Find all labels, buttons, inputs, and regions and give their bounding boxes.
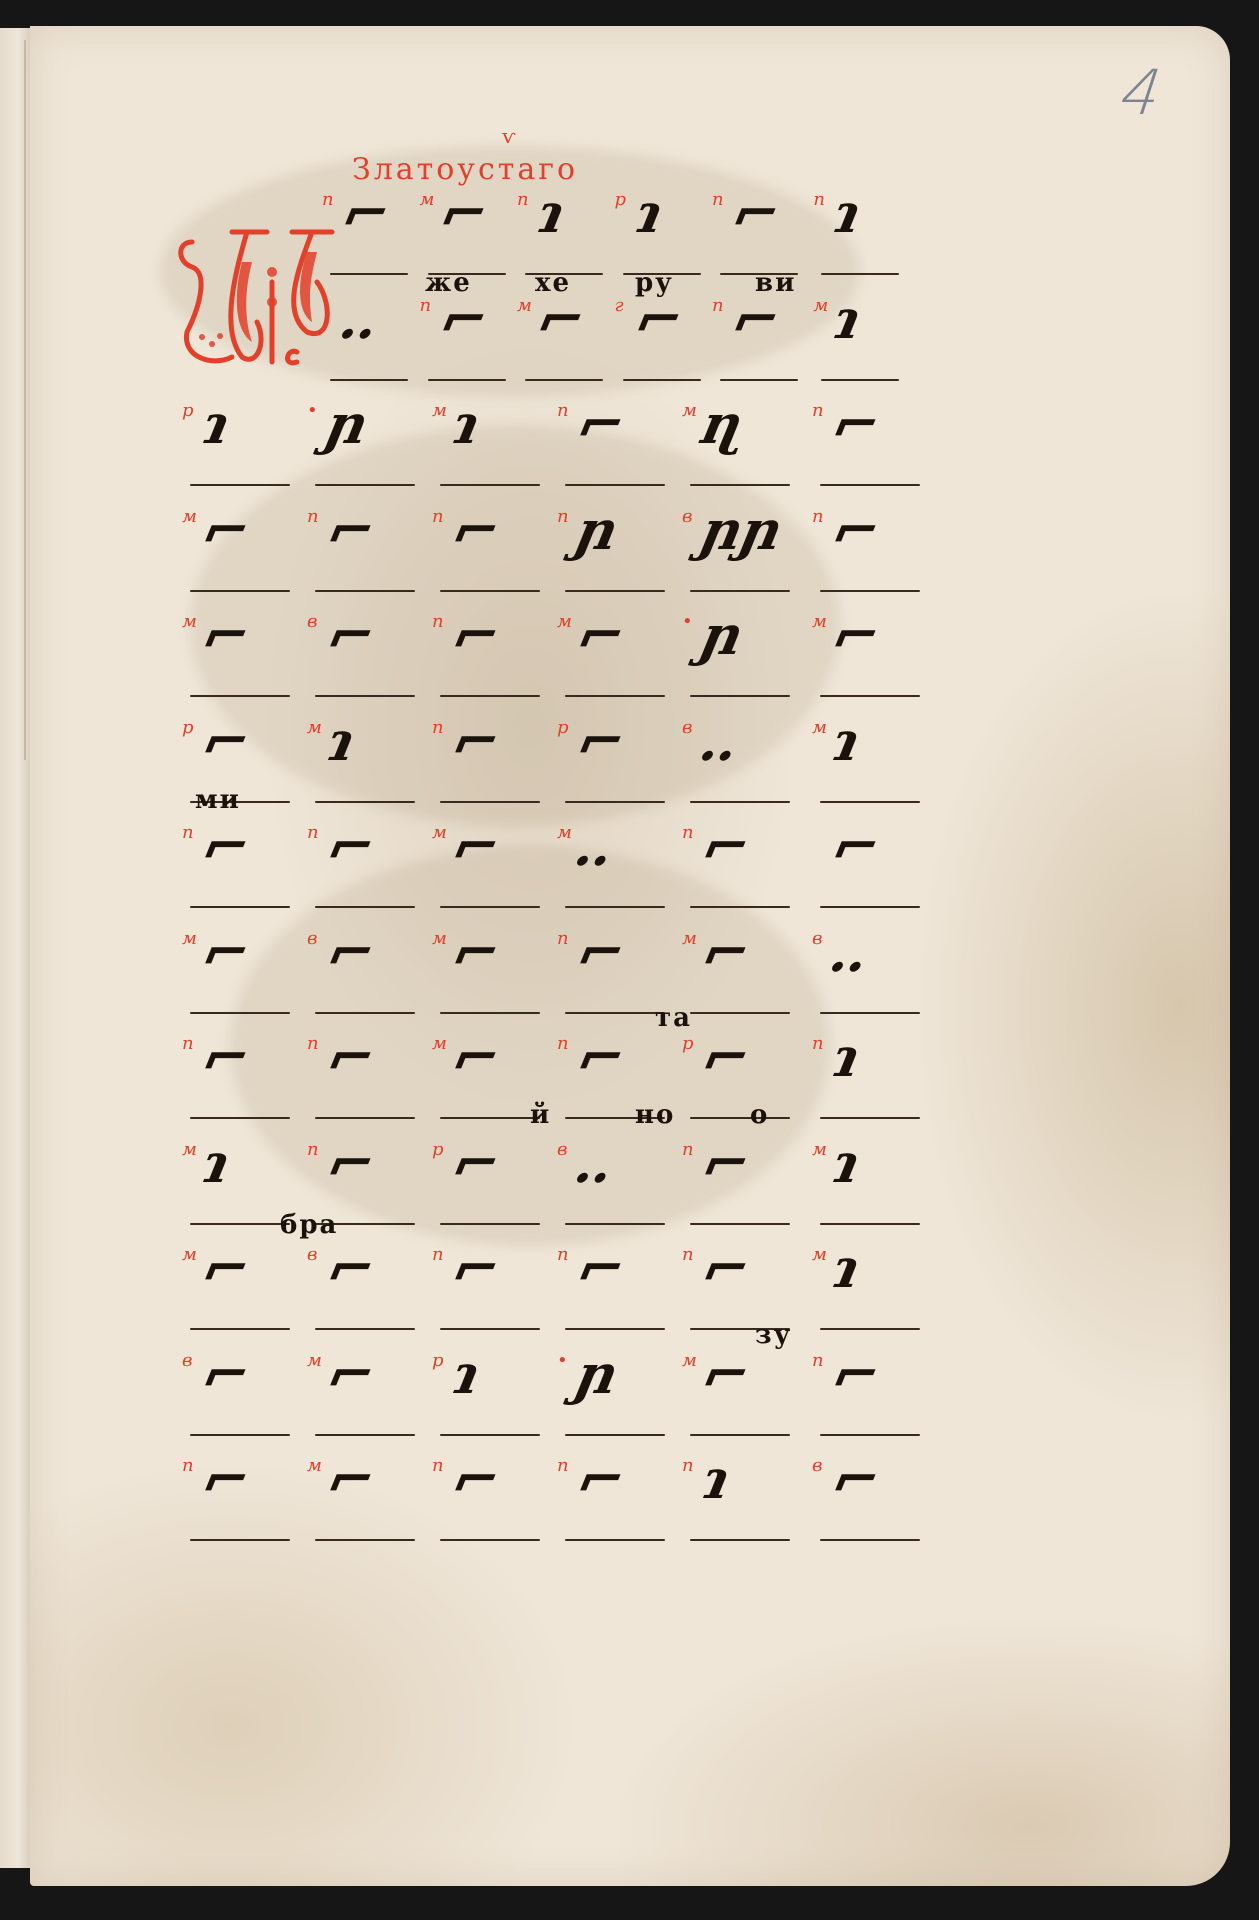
cinnabar-mark: в — [307, 1244, 317, 1265]
lyric-syllable: хе — [535, 268, 571, 298]
lyric-syllable: ми — [195, 785, 241, 815]
staff-underline — [440, 1539, 540, 1541]
cinnabar-mark: в — [682, 717, 692, 738]
kryuk-neume-icon: ⌐ — [566, 1025, 637, 1089]
cinnabar-mark: м — [182, 1139, 197, 1160]
staff-underline — [330, 379, 408, 381]
staff-underline — [820, 1434, 920, 1436]
neume-row: п⌐п⌐м⌐п⌐р⌐пɿ — [190, 1019, 990, 1124]
staff-underline — [315, 1434, 415, 1436]
cinnabar-mark: м — [182, 1244, 197, 1265]
cinnabar-mark: п — [517, 189, 529, 210]
staff-underline — [820, 1117, 920, 1119]
staff-underline — [525, 379, 603, 381]
kryuk-neume-icon: ‥ — [691, 709, 753, 773]
kryuk-neume-icon: ‥ — [331, 287, 393, 351]
staff-underline — [428, 379, 506, 381]
kryuk-neume-icon: ⌐ — [191, 1236, 262, 1300]
staff-underline — [315, 1539, 415, 1541]
kryuk-neume-icon: ⌐ — [441, 709, 512, 773]
kryuk-neume-icon: ⌐ — [821, 392, 892, 456]
cinnabar-mark: в — [307, 611, 317, 632]
kryuk-neume-icon: ɿ — [441, 392, 493, 456]
staff-underline — [440, 1117, 540, 1119]
kryuk-neume-icon: ‥ — [566, 814, 628, 878]
staff-underline — [440, 695, 540, 697]
staff-underline — [440, 590, 540, 592]
cinnabar-mark: р — [432, 1350, 444, 1371]
lyric-syllable: й — [530, 1100, 551, 1130]
cinnabar-mark: п — [307, 1033, 319, 1054]
kryuk-neume-icon: ɿ — [821, 709, 873, 773]
kryuk-neume-icon: ⌐ — [191, 1447, 262, 1511]
cinnabar-mark: п — [307, 1139, 319, 1160]
staff-underline — [440, 801, 540, 803]
kryuk-neume-icon: ⌐ — [441, 1025, 512, 1089]
cinnabar-mark: р — [682, 1033, 694, 1054]
kryuk-neume-icon: ɿ — [822, 181, 874, 245]
kryuk-neume-icon: ɿ — [191, 392, 243, 456]
cinnabar-mark: п — [432, 717, 444, 738]
staff-underline — [565, 1328, 665, 1330]
staff-underline — [690, 1434, 790, 1436]
cinnabar-mark: п — [182, 822, 194, 843]
kryuk-neume-icon: ⌐ — [566, 1447, 637, 1511]
kryuk-neume-icon: ⌐ — [821, 498, 892, 562]
staff-underline — [190, 695, 290, 697]
cinnabar-mark: п — [557, 506, 569, 527]
cinnabar-mark: р — [432, 1139, 444, 1160]
cinnabar-mark: м — [557, 611, 572, 632]
cinnabar-mark: р — [182, 717, 194, 738]
staff-underline — [440, 1328, 540, 1330]
lyric-syllable: ви — [755, 268, 796, 298]
cinnabar-mark: п — [432, 506, 444, 527]
cinnabar-mark: п — [557, 400, 569, 421]
staff-underline — [820, 1223, 920, 1225]
cinnabar-mark: в — [812, 1455, 822, 1476]
cinnabar-mark: м — [557, 822, 572, 843]
cinnabar-mark: п — [182, 1033, 194, 1054]
cinnabar-mark: р — [182, 400, 194, 421]
lyric-syllable: зу — [755, 1320, 792, 1350]
kryuk-neume-icon: ⌐ — [441, 1131, 512, 1195]
kryuk-neume-icon: ɿ — [441, 1342, 493, 1406]
staff-underline — [820, 906, 920, 908]
lyric-syllable: бра — [280, 1210, 338, 1240]
kryuk-neume-icon: ⌐ — [316, 920, 387, 984]
staff-underline — [820, 695, 920, 697]
staff-underline — [565, 906, 665, 908]
kryuk-neume-icon: ⌐ — [191, 498, 262, 562]
cinnabar-mark: п — [307, 822, 319, 843]
cinnabar-mark: м — [307, 1455, 322, 1476]
decorated-initial-icon — [172, 222, 340, 372]
cinnabar-mark: м — [182, 611, 197, 632]
kryuk-neume-icon: ⌐ — [691, 1342, 762, 1406]
lyric-syllable: о — [750, 1100, 769, 1130]
cinnabar-mark: п — [432, 1244, 444, 1265]
staff-underline — [440, 1434, 540, 1436]
kryuk-neume-icon: ⌐ — [691, 920, 762, 984]
neume-row: м⌐в⌐п⌐п⌐п⌐мɿ — [190, 1230, 990, 1335]
staff-underline — [565, 1539, 665, 1541]
staff-underline — [315, 590, 415, 592]
cinnabar-mark: • — [682, 611, 693, 632]
kryuk-neume-icon: ɿ — [191, 1131, 243, 1195]
kryuk-neume-icon: ⌐ — [316, 498, 387, 562]
kryuk-neume-icon: ɿ — [821, 1131, 873, 1195]
staff-underline — [820, 484, 920, 486]
staff-underline — [565, 1012, 665, 1014]
cinnabar-mark: м — [432, 400, 447, 421]
kryuk-neume-icon: ⌐ — [691, 1131, 762, 1195]
staff-underline — [690, 1012, 790, 1014]
cinnabar-mark: м — [432, 928, 447, 949]
staff-underline — [565, 1434, 665, 1436]
cinnabar-mark: м — [182, 928, 197, 949]
kryuk-neume-icon: ⌐ — [691, 1025, 762, 1089]
cinnabar-mark: п — [812, 506, 824, 527]
staff-underline — [690, 590, 790, 592]
staff-underline — [690, 695, 790, 697]
neume-row: рɿ•ɲмɿп⌐мɳп⌐ — [190, 386, 990, 491]
staff-underline — [315, 1012, 415, 1014]
kryuk-neume-icon: ⌐ — [316, 1447, 387, 1511]
staff-underline — [315, 906, 415, 908]
staff-underline — [315, 484, 415, 486]
lyric-syllable: та — [655, 1003, 692, 1033]
cinnabar-mark: п — [682, 1244, 694, 1265]
cinnabar-mark: п — [812, 1350, 824, 1371]
staff-underline — [440, 484, 540, 486]
neume-row: п⌐м⌐п⌐п⌐пɿв⌐ — [190, 1441, 990, 1546]
neume-row: м⌐в⌐п⌐м⌐•ɲм⌐ — [190, 597, 990, 702]
kryuk-neume-icon: ɿ — [316, 709, 368, 773]
staff-underline — [315, 1328, 415, 1330]
kryuk-neume-icon: ‥ — [821, 920, 883, 984]
staff-underline — [315, 1117, 415, 1119]
cinnabar-mark: м — [812, 611, 827, 632]
staff-underline — [190, 484, 290, 486]
cinnabar-mark: п — [557, 928, 569, 949]
kryuk-neume-icon: ɲ — [566, 498, 631, 562]
kryuk-neume-icon: ɿ — [822, 287, 874, 351]
staff-underline — [330, 273, 408, 275]
kryuk-neume-icon: ⌐ — [821, 1447, 892, 1511]
kryuk-neume-icon: ⌐ — [821, 1342, 892, 1406]
kryuk-neume-icon: ɿ — [821, 1025, 873, 1089]
kryuk-neume-icon: ⌐ — [316, 1342, 387, 1406]
kryuk-neume-icon: ⌐ — [316, 1131, 387, 1195]
cinnabar-mark: п — [813, 189, 825, 210]
staff-underline — [190, 1012, 290, 1014]
kryuk-neume-icon: ɲ — [566, 1342, 631, 1406]
cinnabar-mark: • — [557, 1350, 568, 1371]
kryuk-neume-icon: ⌐ — [566, 920, 637, 984]
kryuk-neume-icon: ⌐ — [821, 603, 892, 667]
kryuk-neume-icon: ⌐ — [191, 814, 262, 878]
cinnabar-mark: м — [307, 1350, 322, 1371]
kryuk-neume-icon: ⌐ — [441, 814, 512, 878]
kryuk-neume-icon: ⌐ — [566, 603, 637, 667]
kryuk-neume-icon: ɿ — [691, 1447, 743, 1511]
neume-row: р⌐мɿп⌐р⌐в‥мɿ — [190, 703, 990, 808]
kryuk-neume-icon: ⌐ — [721, 181, 792, 245]
heading-titlo: ѵ — [502, 124, 519, 148]
kryuk-neume-icon: ‥ — [566, 1131, 628, 1195]
staff-underline — [820, 1328, 920, 1330]
staff-underline — [315, 801, 415, 803]
staff-underline — [190, 1223, 290, 1225]
kryuk-neume-icon: ɲ — [316, 392, 381, 456]
cinnabar-mark: п — [812, 400, 824, 421]
kryuk-neume-icon: ɿ — [624, 181, 676, 245]
cinnabar-mark: м — [812, 1139, 827, 1160]
cinnabar-mark: в — [682, 506, 692, 527]
kryuk-neume-icon: ⌐ — [441, 1236, 512, 1300]
kryuk-neume-icon: ⌐ — [191, 603, 262, 667]
staff-underline — [623, 379, 701, 381]
cinnabar-mark: р — [557, 717, 569, 738]
staff-underline — [821, 273, 899, 275]
staff-underline — [440, 906, 540, 908]
kryuk-neume-icon: ⌐ — [441, 1447, 512, 1511]
staff-underline — [565, 590, 665, 592]
staff-underline — [690, 801, 790, 803]
cinnabar-mark: п — [322, 189, 334, 210]
staff-underline — [315, 695, 415, 697]
staff-underline — [190, 1328, 290, 1330]
kryuk-neume-icon: ɲɲ — [691, 498, 795, 562]
kryuk-neume-icon: ⌐ — [429, 181, 500, 245]
kryuk-neume-icon: ⌐ — [821, 814, 892, 878]
lyric-syllable: ру — [635, 268, 674, 298]
staff-underline — [440, 1012, 540, 1014]
kryuk-neume-icon: ⌐ — [566, 709, 637, 773]
staff-underline — [565, 1223, 665, 1225]
staff-underline — [820, 801, 920, 803]
kryuk-neume-icon: ɿ — [821, 1236, 873, 1300]
kryuk-neume-icon: ⌐ — [316, 814, 387, 878]
cinnabar-mark: в — [182, 1350, 192, 1371]
cinnabar-mark: п — [432, 611, 444, 632]
cinnabar-mark: п — [432, 1455, 444, 1476]
staff-underline — [690, 1117, 790, 1119]
cinnabar-mark: м — [182, 506, 197, 527]
kryuk-neume-icon: ⌐ — [566, 1236, 637, 1300]
lyric-syllable: же — [425, 268, 472, 298]
kryuk-neume-icon: ⌐ — [331, 181, 402, 245]
cinnabar-mark: в — [812, 928, 822, 949]
neume-row: п⌐м⌐пɿрɿп⌐пɿ — [330, 175, 1130, 280]
cinnabar-mark: п — [682, 1139, 694, 1160]
staff-underline — [720, 379, 798, 381]
cinnabar-mark: п — [307, 506, 319, 527]
cinnabar-mark: м — [432, 1033, 447, 1054]
cinnabar-mark: п — [682, 822, 694, 843]
cinnabar-mark: п — [557, 1033, 569, 1054]
cinnabar-mark: в — [557, 1139, 567, 1160]
neume-row: в⌐м⌐рɿ•ɲм⌐п⌐ — [190, 1336, 990, 1441]
cinnabar-mark: п — [812, 1033, 824, 1054]
staff-underline — [190, 1117, 290, 1119]
staff-underline — [440, 1223, 540, 1225]
cinnabar-mark: п — [182, 1455, 194, 1476]
kryuk-neume-icon: ɿ — [526, 181, 578, 245]
staff-underline — [690, 484, 790, 486]
kryuk-neume-icon: ⌐ — [441, 603, 512, 667]
staff-underline — [821, 379, 899, 381]
staff-underline — [190, 1539, 290, 1541]
staff-underline — [690, 1223, 790, 1225]
cinnabar-mark: м — [432, 822, 447, 843]
kryuk-neume-icon: ɳ — [691, 392, 756, 456]
kryuk-neume-icon: ⌐ — [316, 1025, 387, 1089]
kryuk-neume-icon: ɲ — [691, 603, 756, 667]
staff-underline — [190, 906, 290, 908]
cinnabar-mark: м — [812, 1244, 827, 1265]
staff-underline — [690, 1539, 790, 1541]
lyric-syllable: но — [635, 1100, 675, 1130]
neume-row: м⌐п⌐п⌐пɲвɲɲп⌐ — [190, 492, 990, 597]
neume-row: м⌐в⌐м⌐п⌐м⌐в‥ — [190, 914, 990, 1019]
staff-underline — [690, 906, 790, 908]
staff-underline — [820, 1012, 920, 1014]
staff-underline — [565, 484, 665, 486]
cinnabar-mark: м — [682, 400, 697, 421]
staff-underline — [820, 590, 920, 592]
kryuk-neume-icon: ⌐ — [691, 1236, 762, 1300]
kryuk-neume-icon: ⌐ — [441, 920, 512, 984]
cinnabar-mark: р — [615, 189, 627, 210]
cinnabar-mark: м — [517, 295, 532, 316]
cinnabar-mark: м — [307, 717, 322, 738]
kryuk-neume-icon: ⌐ — [441, 498, 512, 562]
cinnabar-mark: м — [682, 928, 697, 949]
kryuk-neume-icon: ⌐ — [691, 814, 762, 878]
kryuk-neume-icon: ⌐ — [316, 1236, 387, 1300]
cinnabar-mark: м — [682, 1350, 697, 1371]
kryuk-neume-icon: ⌐ — [191, 709, 262, 773]
staff-underline — [820, 1539, 920, 1541]
staff-underline — [190, 1434, 290, 1436]
cinnabar-mark: м — [420, 189, 435, 210]
cinnabar-mark: • — [307, 400, 318, 421]
kryuk-neume-icon: ⌐ — [566, 392, 637, 456]
cinnabar-mark: м — [812, 717, 827, 738]
cinnabar-mark: п — [557, 1244, 569, 1265]
cinnabar-mark: г — [615, 295, 624, 316]
cinnabar-mark: п — [682, 1455, 694, 1476]
cinnabar-mark: п — [557, 1455, 569, 1476]
kryuk-neume-icon: ⌐ — [191, 1342, 262, 1406]
staff-underline — [565, 695, 665, 697]
cinnabar-mark: м — [813, 295, 828, 316]
kryuk-neume-icon: ⌐ — [191, 920, 262, 984]
neume-row: п⌐п⌐м⌐м‥п⌐⌐ — [190, 808, 990, 913]
staff-underline — [190, 590, 290, 592]
cinnabar-mark: п — [712, 189, 724, 210]
staff-underline — [565, 801, 665, 803]
kryuk-neume-icon: ⌐ — [191, 1025, 262, 1089]
cinnabar-mark: в — [307, 928, 317, 949]
cinnabar-mark: п — [712, 295, 724, 316]
kryuk-neume-icon: ⌐ — [316, 603, 387, 667]
